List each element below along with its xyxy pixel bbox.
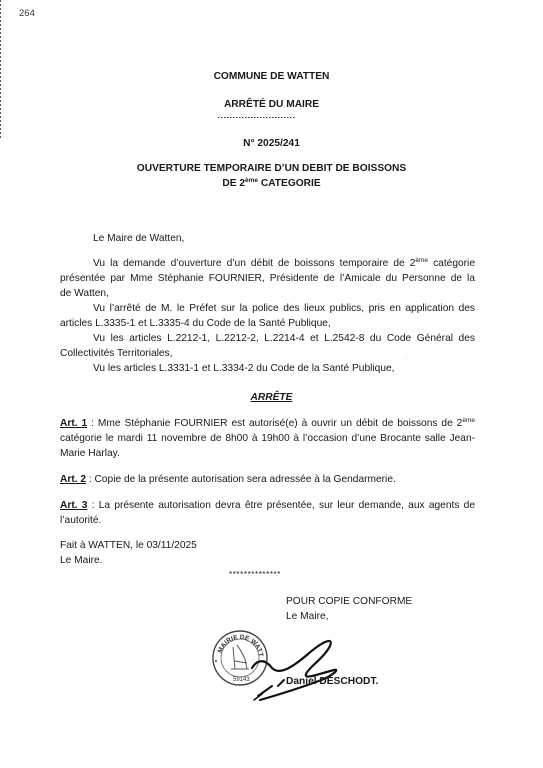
article-label: Art. 2 [60, 474, 86, 485]
title-separator [218, 117, 296, 118]
arrete-heading: ARRÊTE [0, 390, 543, 405]
arrete-number: N° 2025/241 [0, 136, 543, 151]
closing: Fait à WATTEN, le 03/11/2025 Le Maire. [60, 538, 475, 568]
signature-icon [250, 630, 380, 705]
consideration-line: présentée par Mme Stéphanie FOURNIER, Pr… [60, 271, 475, 286]
consideration-line: Vu les articles L.2212-1, L.2212-2, L.22… [60, 331, 475, 346]
commune-heading: COMMUNE DE WATTEN [0, 69, 543, 84]
consideration-line: Vu la demande d’ouverture d’un débit de … [60, 256, 475, 271]
article-1: Art. 1 : Mme Stéphanie FOURNIER est auto… [60, 416, 475, 461]
article-line: catégorie le mardi 11 novembre de 8h00 à… [60, 431, 475, 446]
article-line: l’autorité. [60, 513, 475, 528]
place-date: Fait à WATTEN, le 03/11/2025 [60, 538, 475, 553]
separator-stars: ************** [229, 567, 281, 582]
svg-text:59143: 59143 [233, 677, 250, 683]
subject-line-1: OUVERTURE TEMPORAIRE D’UN DEBIT DE BOISS… [0, 161, 543, 176]
consideration-line: Vu l’arrêté de M. le Préfet sur la polic… [60, 301, 475, 316]
article-line: Art. 1 : Mme Stéphanie FOURNIER est auto… [60, 416, 475, 431]
article-line: Art. 2 : Copie de la présente autorisati… [60, 472, 475, 487]
page-number: 264 [19, 6, 35, 21]
article-line: Marie Harlay. [60, 446, 475, 461]
copy-signatory-title: Le Maire, [286, 609, 412, 624]
signatory-title: Le Maire. [60, 553, 475, 568]
salutation: Le Maire de Watten, [60, 231, 475, 246]
consideration-line: de Watten, [60, 286, 475, 301]
document-title: ARRÊTÉ DU MAIRE [0, 97, 543, 112]
preamble: Le Maire de Watten, [60, 231, 475, 246]
article-line: Art. 3 : La présente autorisation devra … [60, 498, 475, 513]
article-2: Art. 2 : Copie de la présente autorisati… [60, 472, 475, 487]
copy-notice: POUR COPIE CONFORME [286, 594, 412, 609]
article-label: Art. 1 [60, 418, 87, 429]
copy-notice-block: POUR COPIE CONFORME Le Maire, [286, 594, 412, 624]
scan-speck: ·˙· [403, 356, 415, 364]
article-3: Art. 3 : La présente autorisation devra … [60, 498, 475, 528]
subject-line-2: DE 2ème CATEGORIE [0, 176, 543, 191]
consideration-line: articles L.3335-1 et L.3335-4 du Code de… [60, 316, 475, 331]
signer-name: Daniel DESCHODT. [286, 674, 378, 689]
article-label: Art. 3 [60, 500, 87, 511]
